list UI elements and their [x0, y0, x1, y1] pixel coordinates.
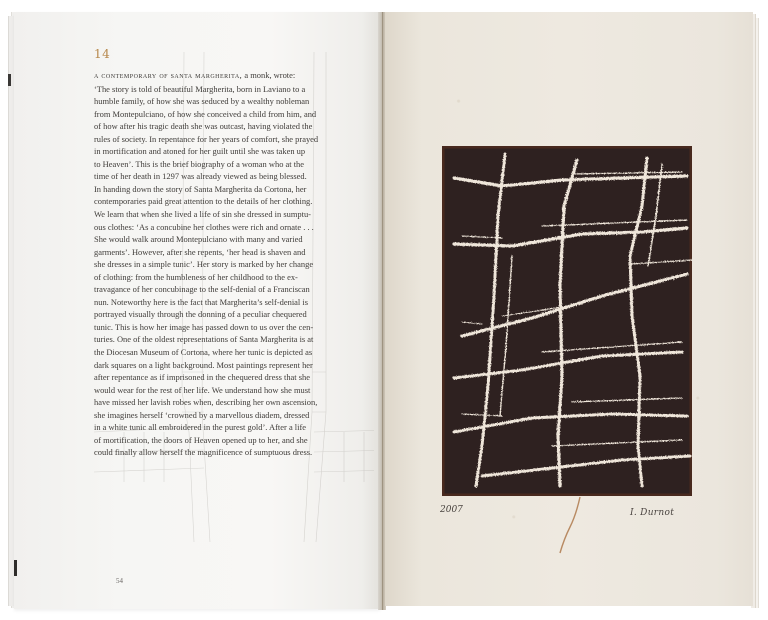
text-line: in a white tunic all embroidered in the …	[94, 421, 346, 434]
spine-crease	[382, 12, 383, 610]
artwork-print	[442, 146, 692, 496]
text-line: to Heaven’. This is the brief biography …	[94, 158, 346, 171]
artist-signature: I. Durnot	[630, 508, 674, 518]
text-line: nun. Noteworthy here is the fact that Ma…	[94, 296, 346, 309]
text-line: She would walk around Montepulciano with…	[94, 233, 346, 246]
text-line: from Montepulciano, of how she conceived…	[94, 108, 346, 121]
text-line: would wear for the rest of her life. We …	[94, 384, 346, 397]
page-number: 54	[116, 577, 123, 585]
text-line: In handing down the story of Santa Margh…	[94, 183, 346, 196]
text-line: ‘The story is told of beautiful Margheri…	[94, 83, 346, 96]
text-line: she imagines herself ‘crowned by a marve…	[94, 409, 346, 422]
opening-smallcaps: A CONTEMPORARY OF SANTA MARGHERITA,	[94, 71, 242, 80]
text-line: the Diocesan Museum of Cortona, where he…	[94, 346, 346, 359]
grid-artwork	[442, 146, 692, 496]
text-line: turies. One of the oldest representation…	[94, 333, 346, 346]
open-book: 14 A CONTEMPORARY OF SANTA MARGHERITA, a…	[0, 0, 768, 620]
text-line: of mortification, the doors of Heaven op…	[94, 434, 346, 447]
chapter-number: 14	[94, 47, 346, 61]
text-line: of clothing: from the humbleness of her …	[94, 271, 346, 284]
text-line: garments’. However, after she repents, ‘…	[94, 246, 346, 259]
text-line: A CONTEMPORARY OF SANTA MARGHERITA, a mo…	[94, 69, 346, 83]
text-line: could finally allow herself the magnific…	[94, 446, 346, 459]
paper-fiber-mark	[552, 495, 592, 555]
text-line: after repentance as if imprisoned in the…	[94, 371, 346, 384]
text-line: We learn that when she lived a life of s…	[94, 208, 346, 221]
text-line: have missed her lavish robes when, descr…	[94, 396, 346, 409]
text-line: contemporaries paid great attention to t…	[94, 195, 346, 208]
print-year: 2007	[440, 505, 463, 515]
text-line: rules of society. In repentance for her …	[94, 133, 346, 146]
bookmark-tab	[14, 560, 17, 576]
text-line: travagance of her concubinage to the sel…	[94, 283, 346, 296]
text-line: tunic. This is how her image has passed …	[94, 321, 346, 334]
body-paragraph: A CONTEMPORARY OF SANTA MARGHERITA, a mo…	[94, 69, 346, 459]
text-line: humble family, of how she was seduced by…	[94, 95, 346, 108]
text-line: ous clothes: ‘As a concubine her clothes…	[94, 221, 346, 234]
text-line: she dresses in a simple tunic’. Her stor…	[94, 258, 346, 271]
text-line: of how after his tragic death she was ou…	[94, 120, 346, 133]
text-line: portrayed visually through the donning o…	[94, 308, 346, 321]
chapter-text: 14 A CONTEMPORARY OF SANTA MARGHERITA, a…	[94, 47, 346, 459]
left-page: 14 A CONTEMPORARY OF SANTA MARGHERITA, a…	[14, 12, 380, 609]
text-line: time of her death in 1297 was already vi…	[94, 170, 346, 183]
bookmark-tab	[8, 74, 11, 86]
text-line: dark squares on a light background. Most…	[94, 359, 346, 372]
text-line: in mortification and atoned for her guil…	[94, 145, 346, 158]
